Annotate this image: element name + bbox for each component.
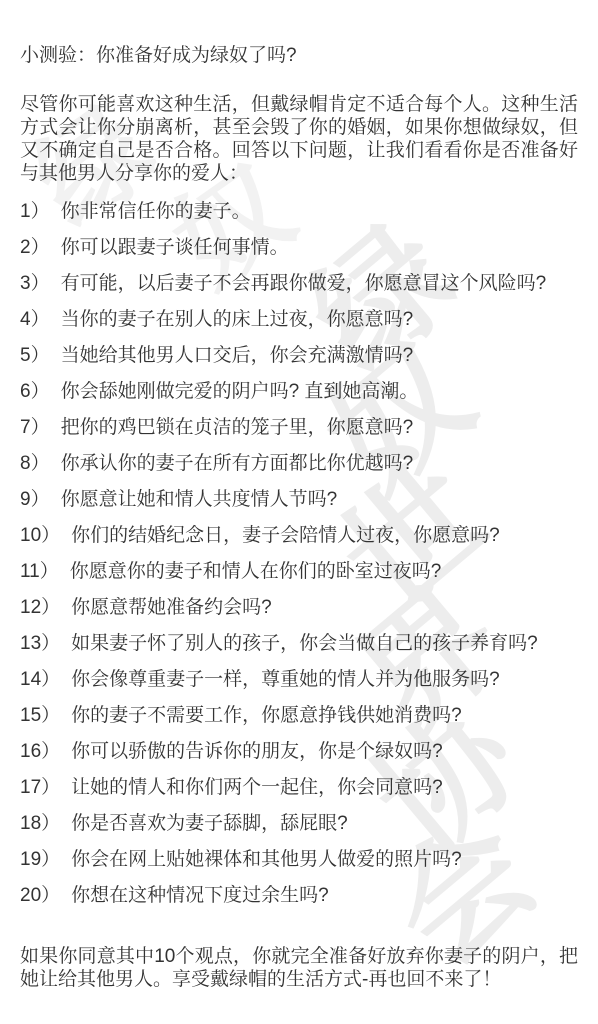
- question-text: 当你的妻子在别人的床上过夜，你愿意吗?: [61, 309, 414, 330]
- question-number: 13）: [20, 632, 60, 655]
- question-item: 12）你愿意帮她准备约会吗?: [20, 596, 578, 619]
- question-text: 让她的情人和你们两个一起住，你会同意吗?: [71, 777, 443, 798]
- question-text: 你会像尊重妻子一样，尊重她的情人并为他服务吗?: [71, 669, 500, 690]
- question-number: 16）: [20, 740, 60, 763]
- question-text: 你承认你的妻子在所有方面都比你优越吗?: [61, 453, 414, 474]
- question-number: 15）: [20, 704, 60, 727]
- document-page: 绿奴世界协会绿奴 小测验：你准备好成为绿奴了吗? 尽管你可能喜欢这种生活，但戴绿…: [0, 0, 598, 1024]
- question-number: 14）: [20, 668, 60, 691]
- question-number: 1）: [20, 200, 50, 223]
- question-text: 你愿意帮她准备约会吗?: [71, 597, 272, 618]
- question-number: 5）: [20, 344, 50, 367]
- question-item: 19）你会在网上贴她裸体和其他男人做爱的照片吗?: [20, 848, 578, 871]
- question-number: 19）: [20, 848, 60, 871]
- question-item: 4）当你的妻子在别人的床上过夜，你愿意吗?: [20, 308, 578, 331]
- question-item: 7）把你的鸡巴锁在贞洁的笼子里，你愿意吗?: [20, 416, 578, 439]
- question-item: 9）你愿意让她和情人共度情人节吗?: [20, 488, 578, 511]
- document-content: 小测验：你准备好成为绿奴了吗? 尽管你可能喜欢这种生活，但戴绿帽肯定不适合每个人…: [0, 0, 598, 991]
- document-title: 小测验：你准备好成为绿奴了吗?: [20, 44, 578, 67]
- question-number: 17）: [20, 776, 60, 799]
- question-number: 8）: [20, 452, 50, 475]
- question-number: 18）: [20, 812, 60, 835]
- question-text: 你们的结婚纪念日，妻子会陪情人过夜，你愿意吗?: [71, 525, 500, 546]
- question-number: 9）: [20, 488, 50, 511]
- question-text: 有可能，以后妻子不会再跟你做爱，你愿意冒这个风险吗?: [61, 273, 547, 294]
- question-text: 你是否喜欢为妻子舔脚，舔屁眼?: [71, 813, 348, 834]
- question-number: 11）: [20, 560, 59, 583]
- question-item: 3）有可能，以后妻子不会再跟你做爱，你愿意冒这个风险吗?: [20, 272, 578, 295]
- question-item: 11）你愿意你的妻子和情人在你们的卧室过夜吗?: [20, 560, 578, 583]
- question-item: 16）你可以骄傲的告诉你的朋友，你是个绿奴吗?: [20, 740, 578, 763]
- question-number: 2）: [20, 236, 50, 259]
- question-item: 1）你非常信任你的妻子。: [20, 200, 578, 223]
- question-item: 8）你承认你的妻子在所有方面都比你优越吗?: [20, 452, 578, 475]
- question-item: 13）如果妻子怀了别人的孩子，你会当做自己的孩子养育吗?: [20, 632, 578, 655]
- question-text: 你愿意你的妻子和情人在你们的卧室过夜吗?: [70, 561, 442, 582]
- question-text: 把你的鸡巴锁在贞洁的笼子里，你愿意吗?: [61, 417, 414, 438]
- question-text: 你愿意让她和情人共度情人节吗?: [61, 489, 338, 510]
- question-text: 你会舔她刚做完爱的阴户吗? 直到她高潮。: [61, 381, 419, 402]
- question-item: 15）你的妻子不需要工作，你愿意挣钱供她消费吗?: [20, 704, 578, 727]
- question-number: 7）: [20, 416, 50, 439]
- question-text: 你的妻子不需要工作，你愿意挣钱供她消费吗?: [71, 705, 462, 726]
- question-item: 14）你会像尊重妻子一样，尊重她的情人并为他服务吗?: [20, 668, 578, 691]
- question-number: 10）: [20, 524, 60, 547]
- question-number: 4）: [20, 308, 50, 331]
- question-text: 如果妻子怀了别人的孩子，你会当做自己的孩子养育吗?: [71, 633, 538, 654]
- question-item: 10）你们的结婚纪念日，妻子会陪情人过夜，你愿意吗?: [20, 524, 578, 547]
- question-text: 你想在这种情况下度过余生吗?: [71, 885, 329, 906]
- question-number: 6）: [20, 380, 50, 403]
- question-item: 6）你会舔她刚做完爱的阴户吗? 直到她高潮。: [20, 380, 578, 403]
- question-item: 5）当她给其他男人口交后，你会充满激情吗?: [20, 344, 578, 367]
- question-item: 2）你可以跟妻子谈任何事情。: [20, 236, 578, 259]
- question-text: 你可以跟妻子谈任何事情。: [61, 237, 289, 258]
- question-text: 当她给其他男人口交后，你会充满激情吗?: [61, 345, 414, 366]
- question-text: 你非常信任你的妻子。: [61, 201, 251, 222]
- question-text: 你会在网上贴她裸体和其他男人做爱的照片吗?: [71, 849, 462, 870]
- question-number: 20）: [20, 884, 60, 907]
- question-list: 1）你非常信任你的妻子。2）你可以跟妻子谈任何事情。3）有可能，以后妻子不会再跟…: [20, 200, 578, 907]
- question-item: 17）让她的情人和你们两个一起住，你会同意吗?: [20, 776, 578, 799]
- intro-paragraph: 尽管你可能喜欢这种生活，但戴绿帽肯定不适合每个人。这种生活方式会让你分崩离析，甚…: [20, 93, 578, 185]
- question-text: 你可以骄傲的告诉你的朋友，你是个绿奴吗?: [71, 741, 443, 762]
- question-number: 12）: [20, 596, 60, 619]
- question-item: 18）你是否喜欢为妻子舔脚，舔屁眼?: [20, 812, 578, 835]
- footer-paragraph: 如果你同意其中10个观点，你就完全准备好放弃你妻子的阴户，把她让给其他男人。享受…: [20, 945, 578, 991]
- question-item: 20）你想在这种情况下度过余生吗?: [20, 884, 578, 907]
- question-number: 3）: [20, 272, 50, 295]
